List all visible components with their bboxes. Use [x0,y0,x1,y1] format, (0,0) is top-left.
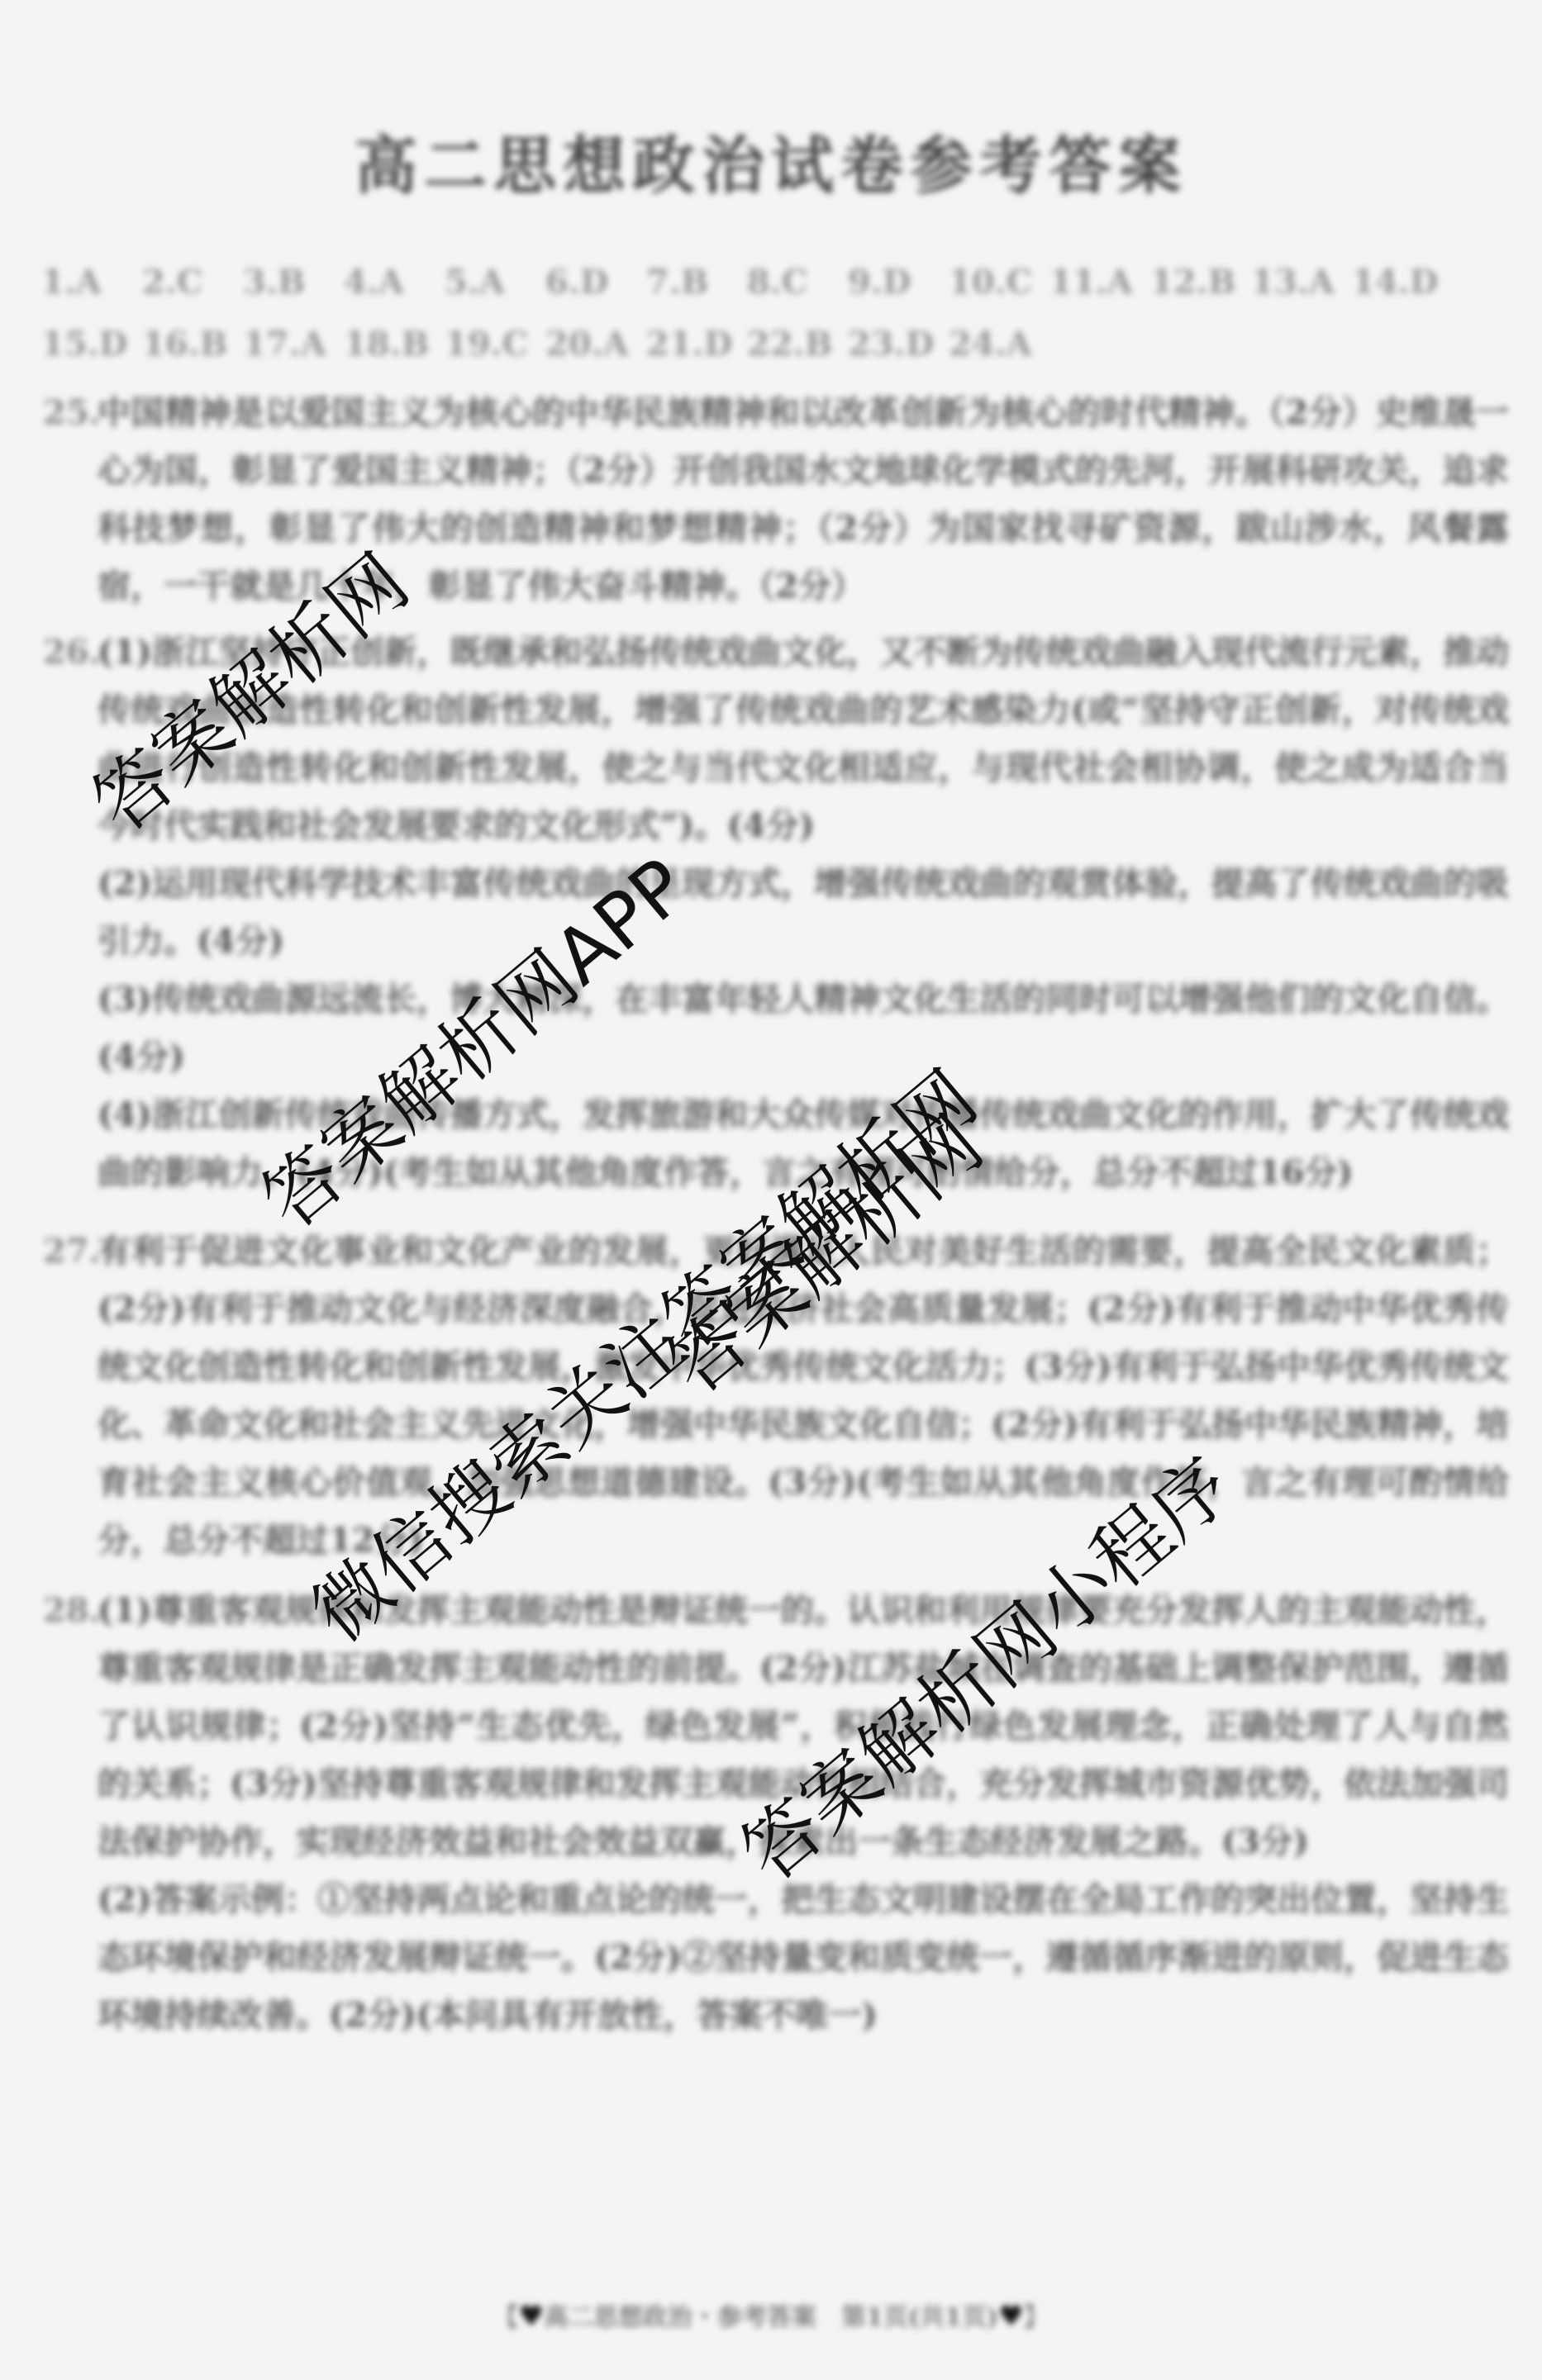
page-footer: 【♥高二思想政治・参考答案 第1页(共1页)♥】 [0,2297,1542,2333]
heart-icon: ♥ [998,2300,1023,2333]
mc-answer: 12.B [1150,263,1251,302]
mc-answer: 9.D [848,263,949,302]
mc-answer: 17.A [243,325,344,363]
mc-answer: 3.B [243,263,344,302]
heart-icon: ♥ [518,2300,543,2333]
answer-paragraph: (2)运用现代科学技术丰富传统戏曲的呈现方式，增强传统戏曲的观赏体验，提高了传统… [98,855,1509,971]
mc-answer: 1.A [41,263,142,302]
answer-paragraph: (3)传统戏曲源远流长，博大精深，在丰富年轻人精神文化生活的同时可以增强他们的文… [98,971,1509,1086]
question-number: 28. [43,1582,101,1640]
mc-answer: 20.A [545,325,646,363]
mc-answer: 8.C [747,263,848,302]
mc-answer: 7.B [646,263,747,302]
mc-answer: 4.A [344,263,445,302]
mc-answer: 14.D [1352,263,1453,302]
document-page: 高二思想政治试卷参考答案 1.A 2.C 3.B 4.A 5.A 6.D 7.B… [0,0,1542,2380]
mc-answer: 11.A [1049,263,1150,302]
mc-answer: 18.B [344,325,445,363]
answer-paragraph: (2)答案示例：①坚持两点论和重点论的统一，把生态文明建设摆在全局工作的突出位置… [98,1871,1509,2045]
mc-answer: 16.B [142,325,243,363]
footer-bracket-right: 】 [1024,2303,1049,2332]
document-title: 高二思想政治试卷参考答案 [0,116,1542,206]
mc-answer: 15.D [41,325,142,363]
mc-answer: 22.B [747,325,848,363]
mc-answer: 2.C [142,263,243,302]
mc-answer: 21.D [646,325,747,363]
mc-answers-row-2: 15.D 16.B 17.A 18.B 19.C 20.A 21.D 22.B … [41,325,1509,363]
mc-answers-row-1: 1.A 2.C 3.B 4.A 5.A 6.D 7.B 8.C 9.D 10.C… [41,263,1509,302]
question-number: 25. [43,384,101,442]
mc-answer: 5.A [445,263,545,302]
footer-bracket-left: 【 [493,2303,518,2332]
question-number: 27. [43,1223,101,1280]
footer-text: 高二思想政治・参考答案 第1页(共1页) [544,2303,998,2332]
mc-answer: 6.D [545,263,646,302]
question-25: 25. 中国精神是以爱国主义为核心的中华民族精神和以改革创新为核心的时代精神。（… [43,384,1509,615]
mc-answer: 13.A [1251,263,1352,302]
mc-answer: 10.C [949,263,1049,302]
question-number: 26. [43,624,101,682]
mc-answer: 24.A [949,325,1049,363]
mc-answer: 23.D [848,325,949,363]
mc-answer: 19.C [445,325,545,363]
